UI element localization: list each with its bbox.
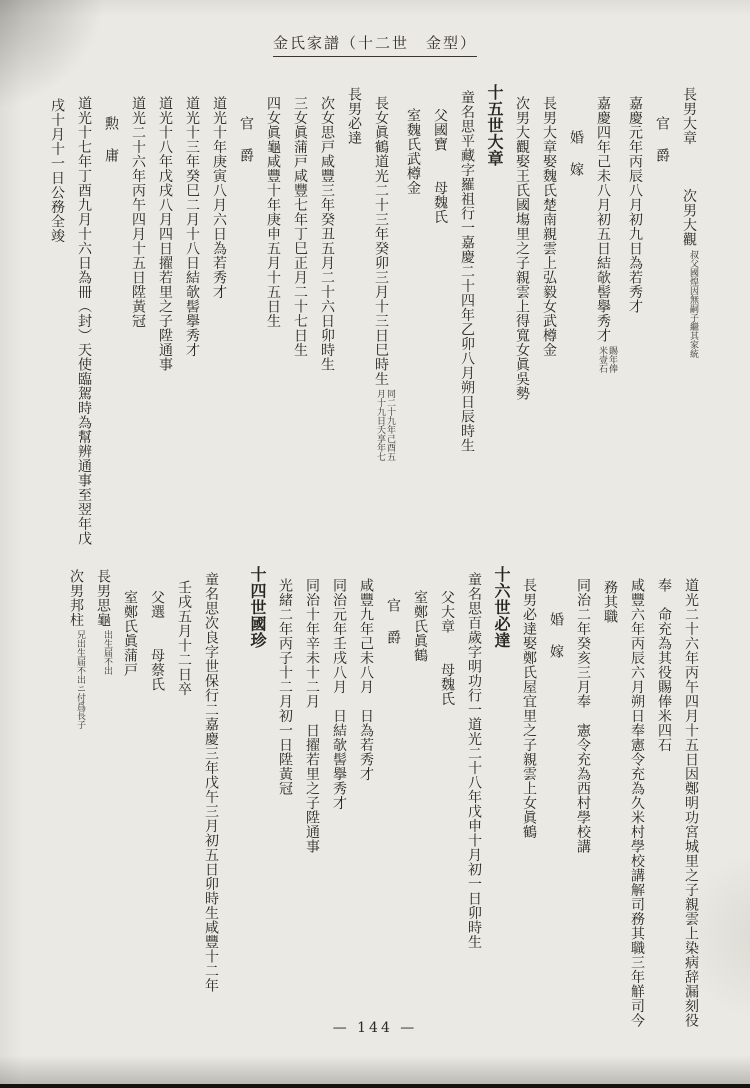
genealogy-column: 道光二十六年丙午四月十五日陞黃冠	[129, 84, 147, 534]
column-text: 道光二十六年丙午四月十五日陞黃冠	[130, 96, 146, 328]
page-number: — 144 —	[0, 1020, 750, 1036]
annotation-note: 賜年俸米壹石	[597, 346, 617, 373]
column-text: 十四世國珍	[248, 566, 267, 649]
annotation-line: 兄出生届不出ニ付爲長子	[75, 630, 85, 729]
column-text: 官 爵	[654, 116, 670, 164]
genealogy-column: 道光十三年癸巳二月十八日結欹髻擧秀才	[183, 84, 201, 534]
column-text: 室鄭氏眞鶴	[412, 590, 428, 663]
genealogy-column: 道光二十六年丙午四月十五日因鄭明功宮城里之子親雲上染病辞漏刻役	[682, 566, 700, 1046]
column-text: 長男必達	[346, 87, 362, 145]
column-text: 四女眞龜咸豐十年庚申五月十五日生	[265, 96, 281, 328]
annotation-line: 同二十九年己酉五	[385, 389, 395, 461]
scan-edge	[0, 1084, 750, 1088]
genealogy-column: 道光十八年戊戌八月四日擢若里之子陞通事	[156, 84, 174, 534]
column-text: 父選 母蔡氏	[149, 590, 165, 692]
column-text: 同治十年辛未十二月 日擢若里之子陞通事	[304, 578, 320, 854]
column-text: 童名思次良字世保行二嘉慶三年戊午三月初五日卯時生咸豐十二年	[203, 572, 219, 993]
genealogy-column: 道光十年庚寅八月六日為若秀才	[210, 84, 228, 534]
genealogy-column: 同治二年癸亥三月奉 憲令充為西村學校講	[574, 566, 592, 1046]
genealogy-column: 室魏氏武樽金	[404, 84, 422, 534]
column-text: 勲 庸	[103, 116, 119, 164]
column-text: 咸豐六年丙辰六月朔日奉憲令充為久米村學校講解司務其職三年觧司今	[629, 578, 645, 1028]
genealogy-column: 光緒二年丙子十二月初一日陞黃冠	[276, 566, 294, 1046]
genealogy-column: 長女眞鶴道光二十三年癸卯三月十三日巳時生同二十九年己酉五月十九日夭享年七	[372, 84, 395, 534]
column-text: 長男大章 次男大觀	[681, 87, 697, 247]
annotation-line: 賜年俸	[607, 346, 617, 373]
genealogy-column: 室鄭氏眞鶴	[411, 566, 429, 1046]
annotation-note: 同二十九年己酉五月十九日夭享年七	[375, 389, 395, 461]
genealogy-column: 次女思戸咸豐三年癸丑五月二十六日卯時生	[318, 84, 336, 534]
column-text: 官 爵	[238, 116, 254, 164]
column-text: 咸豐九年己未八月 日為若秀才	[358, 578, 374, 781]
column-text: 道光二十六年丙午四月十五日因鄭明功宮城里之子親雲上染病辞漏刻役	[683, 578, 699, 1028]
genealogy-column: 官 爵	[653, 84, 671, 534]
genealogy-column: 次男大觀娶王氏國塲里之子親雲上得寬女眞吳勢	[513, 84, 531, 534]
column-text: 婚 嫁	[548, 612, 564, 660]
column-text: 童名思平藏字羅祖行一嘉慶二十四年乙卯八月朔日辰時生	[459, 90, 475, 453]
scanned-genealogy-page: 金氏家譜（十二世 金型） 長男大章 次男大觀叔父國煌因無嗣子繼其家統官 爵嘉慶元…	[0, 0, 750, 1088]
column-text: 壬戌五月十二日卒	[176, 580, 192, 696]
column-text: 同治元年壬戌八月 日結欹髻擧秀才	[331, 578, 347, 810]
genealogy-column: 咸豐九年己未八月 日為若秀才	[357, 566, 375, 1046]
annotation-note: 叔父國煌因無嗣子繼其家統	[688, 250, 698, 358]
genealogy-column: 同治十年辛未十二月 日擢若里之子陞通事	[303, 566, 321, 1046]
column-text: 父大章 母魏氏	[439, 590, 455, 706]
column-text: 道光十三年癸巳二月十八日結欹髻擧秀才	[184, 96, 200, 357]
column-text: 室魏氏武樽金	[405, 108, 421, 195]
column-text: 婚 嫁	[568, 130, 584, 178]
column-text: 道光十七年丁酉九月十六日為冊（封）天使臨駕時為幫辨通事至翌年戊	[76, 96, 92, 546]
genealogy-column: 咸豐六年丙辰六月朔日奉憲令充為久米村學校講解司務其職三年觧司今	[628, 566, 646, 1046]
genealogy-column: 十四世國珍	[248, 566, 267, 1046]
genealogy-column: 父選 母蔡氏	[148, 566, 166, 1046]
genealogy-column: 長男思龜出生届不出	[94, 566, 112, 1046]
column-text: 長女眞鶴道光二十三年癸卯三月十三日巳時生	[373, 96, 389, 386]
column-text: 戌十月十一日公務全竣	[49, 98, 65, 243]
genealogy-column: 童名思平藏字羅祖行一嘉慶二十四年乙卯八月朔日辰時生	[458, 84, 476, 534]
genealogy-column: 務其職	[601, 566, 619, 1046]
genealogy-column: 戌十月十一日公務全竣	[48, 84, 66, 534]
annotation-note: 兄出生届不出ニ付爲長子	[75, 630, 85, 729]
genealogy-column: 童名思次良字世保行二嘉慶三年戊午三月初五日卯時生咸豐十二年	[202, 566, 220, 1046]
column-text: 務其職	[602, 580, 618, 624]
column-text: 次男邦柱	[68, 569, 84, 627]
genealogy-column: 婚 嫁	[567, 84, 585, 534]
genealogy-column: 壬戌五月十二日卒	[175, 566, 193, 1046]
genealogy-column: 嘉慶四年己未八月初五日結欹髻擧秀才賜年俸米壹石	[594, 84, 617, 534]
column-text: 十六世必達	[492, 566, 511, 649]
column-text: 奉 命充為其役賜俸米四石	[656, 578, 672, 752]
column-text: 嘉慶四年己未八月初五日結欹髻擧秀才	[595, 96, 611, 343]
column-text: 長男思龜	[95, 569, 111, 627]
column-text: 三女眞蒲戸咸豐七年丁巳正月二十七日生	[292, 96, 308, 357]
column-text: 父國寶 母魏氏	[432, 108, 448, 224]
column-text: 十五世大章	[485, 84, 504, 167]
genealogy-column: 四女眞龜咸豐十年庚申五月十五日生	[264, 84, 282, 534]
genealogy-column: 長男大章娶魏氏楚南親雲上弘毅女武樽金	[540, 84, 558, 534]
column-text: 嘉慶元年丙辰八月初九日為若秀才	[627, 96, 643, 314]
genealogy-column: 十六世必達	[492, 566, 511, 1046]
annotation-note: 出生届不出	[102, 630, 112, 675]
annotation-line: 出生届不出	[102, 630, 112, 675]
page-title: 金氏家譜（十二世 金型）	[273, 32, 477, 57]
annotation-line: 叔父國煌因無嗣子繼其家統	[688, 250, 698, 358]
genealogy-column: 長男必達娶鄭氏屋宜里之子親雲上女眞鶴	[520, 566, 538, 1046]
genealogy-column: 長男必達	[345, 84, 363, 534]
genealogy-section-bottom: 道光二十六年丙午四月十五日因鄭明功宮城里之子親雲上染病辞漏刻役奉 命充為其役賜俸…	[58, 566, 700, 1046]
column-text: 長男必達娶鄭氏屋宜里之子親雲上女眞鶴	[521, 578, 537, 839]
genealogy-column: 道光十七年丁酉九月十六日為冊（封）天使臨駕時為幫辨通事至翌年戊	[75, 84, 93, 534]
column-text: 次男大觀娶王氏國塲里之子親雲上得寬女眞吳勢	[514, 96, 530, 401]
annotation-line: 米壹石	[597, 346, 607, 373]
genealogy-column: 官 爵	[384, 566, 402, 1046]
genealogy-column: 十五世大章	[485, 84, 504, 534]
column-text: 次女思戸咸豐三年癸丑五月二十六日卯時生	[319, 96, 335, 372]
genealogy-column: 勲 庸	[102, 84, 120, 534]
column-text: 長男大章娶魏氏楚南親雲上弘毅女武樽金	[541, 96, 557, 357]
genealogy-column: 長男大章 次男大觀叔父國煌因無嗣子繼其家統	[680, 84, 698, 534]
annotation-line: 月十九日夭享年七	[375, 389, 385, 461]
genealogy-column: 父國寶 母魏氏	[431, 84, 449, 534]
genealogy-column: 同治元年壬戌八月 日結欹髻擧秀才	[330, 566, 348, 1046]
genealogy-column: 三女眞蒲戸咸豐七年丁巳正月二十七日生	[291, 84, 309, 534]
page-header: 金氏家譜（十二世 金型）	[0, 32, 750, 57]
genealogy-column: 父大章 母魏氏	[438, 566, 456, 1046]
genealogy-column: 奉 命充為其役賜俸米四石	[655, 566, 673, 1046]
column-text: 童名思百歲字明功行一道光二十八年戊申十月初一日卯時生	[466, 572, 482, 949]
column-text: 道光十八年戊戌八月四日擢若里之子陞通事	[157, 96, 173, 372]
column-text: 室鄭氏眞蒲戸	[122, 590, 138, 677]
genealogy-section-top: 長男大章 次男大觀叔父國煌因無嗣子繼其家統官 爵嘉慶元年丙辰八月初九日為若秀才嘉…	[39, 84, 698, 534]
column-text: 官 爵	[385, 598, 401, 646]
column-text: 同治二年癸亥三月奉 憲令充為西村學校講	[575, 578, 591, 854]
genealogy-column: 婚 嫁	[547, 566, 565, 1046]
genealogy-column: 次男邦柱兄出生届不出ニ付爲長子	[67, 566, 85, 1046]
genealogy-column: 官 爵	[237, 84, 255, 534]
genealogy-column: 嘉慶元年丙辰八月初九日為若秀才	[626, 84, 644, 534]
column-text: 道光十年庚寅八月六日為若秀才	[211, 96, 227, 299]
genealogy-column: 室鄭氏眞蒲戸	[121, 566, 139, 1046]
column-text: 光緒二年丙子十二月初一日陞黃冠	[277, 578, 293, 796]
genealogy-column: 童名思百歲字明功行一道光二十八年戊申十月初一日卯時生	[465, 566, 483, 1046]
